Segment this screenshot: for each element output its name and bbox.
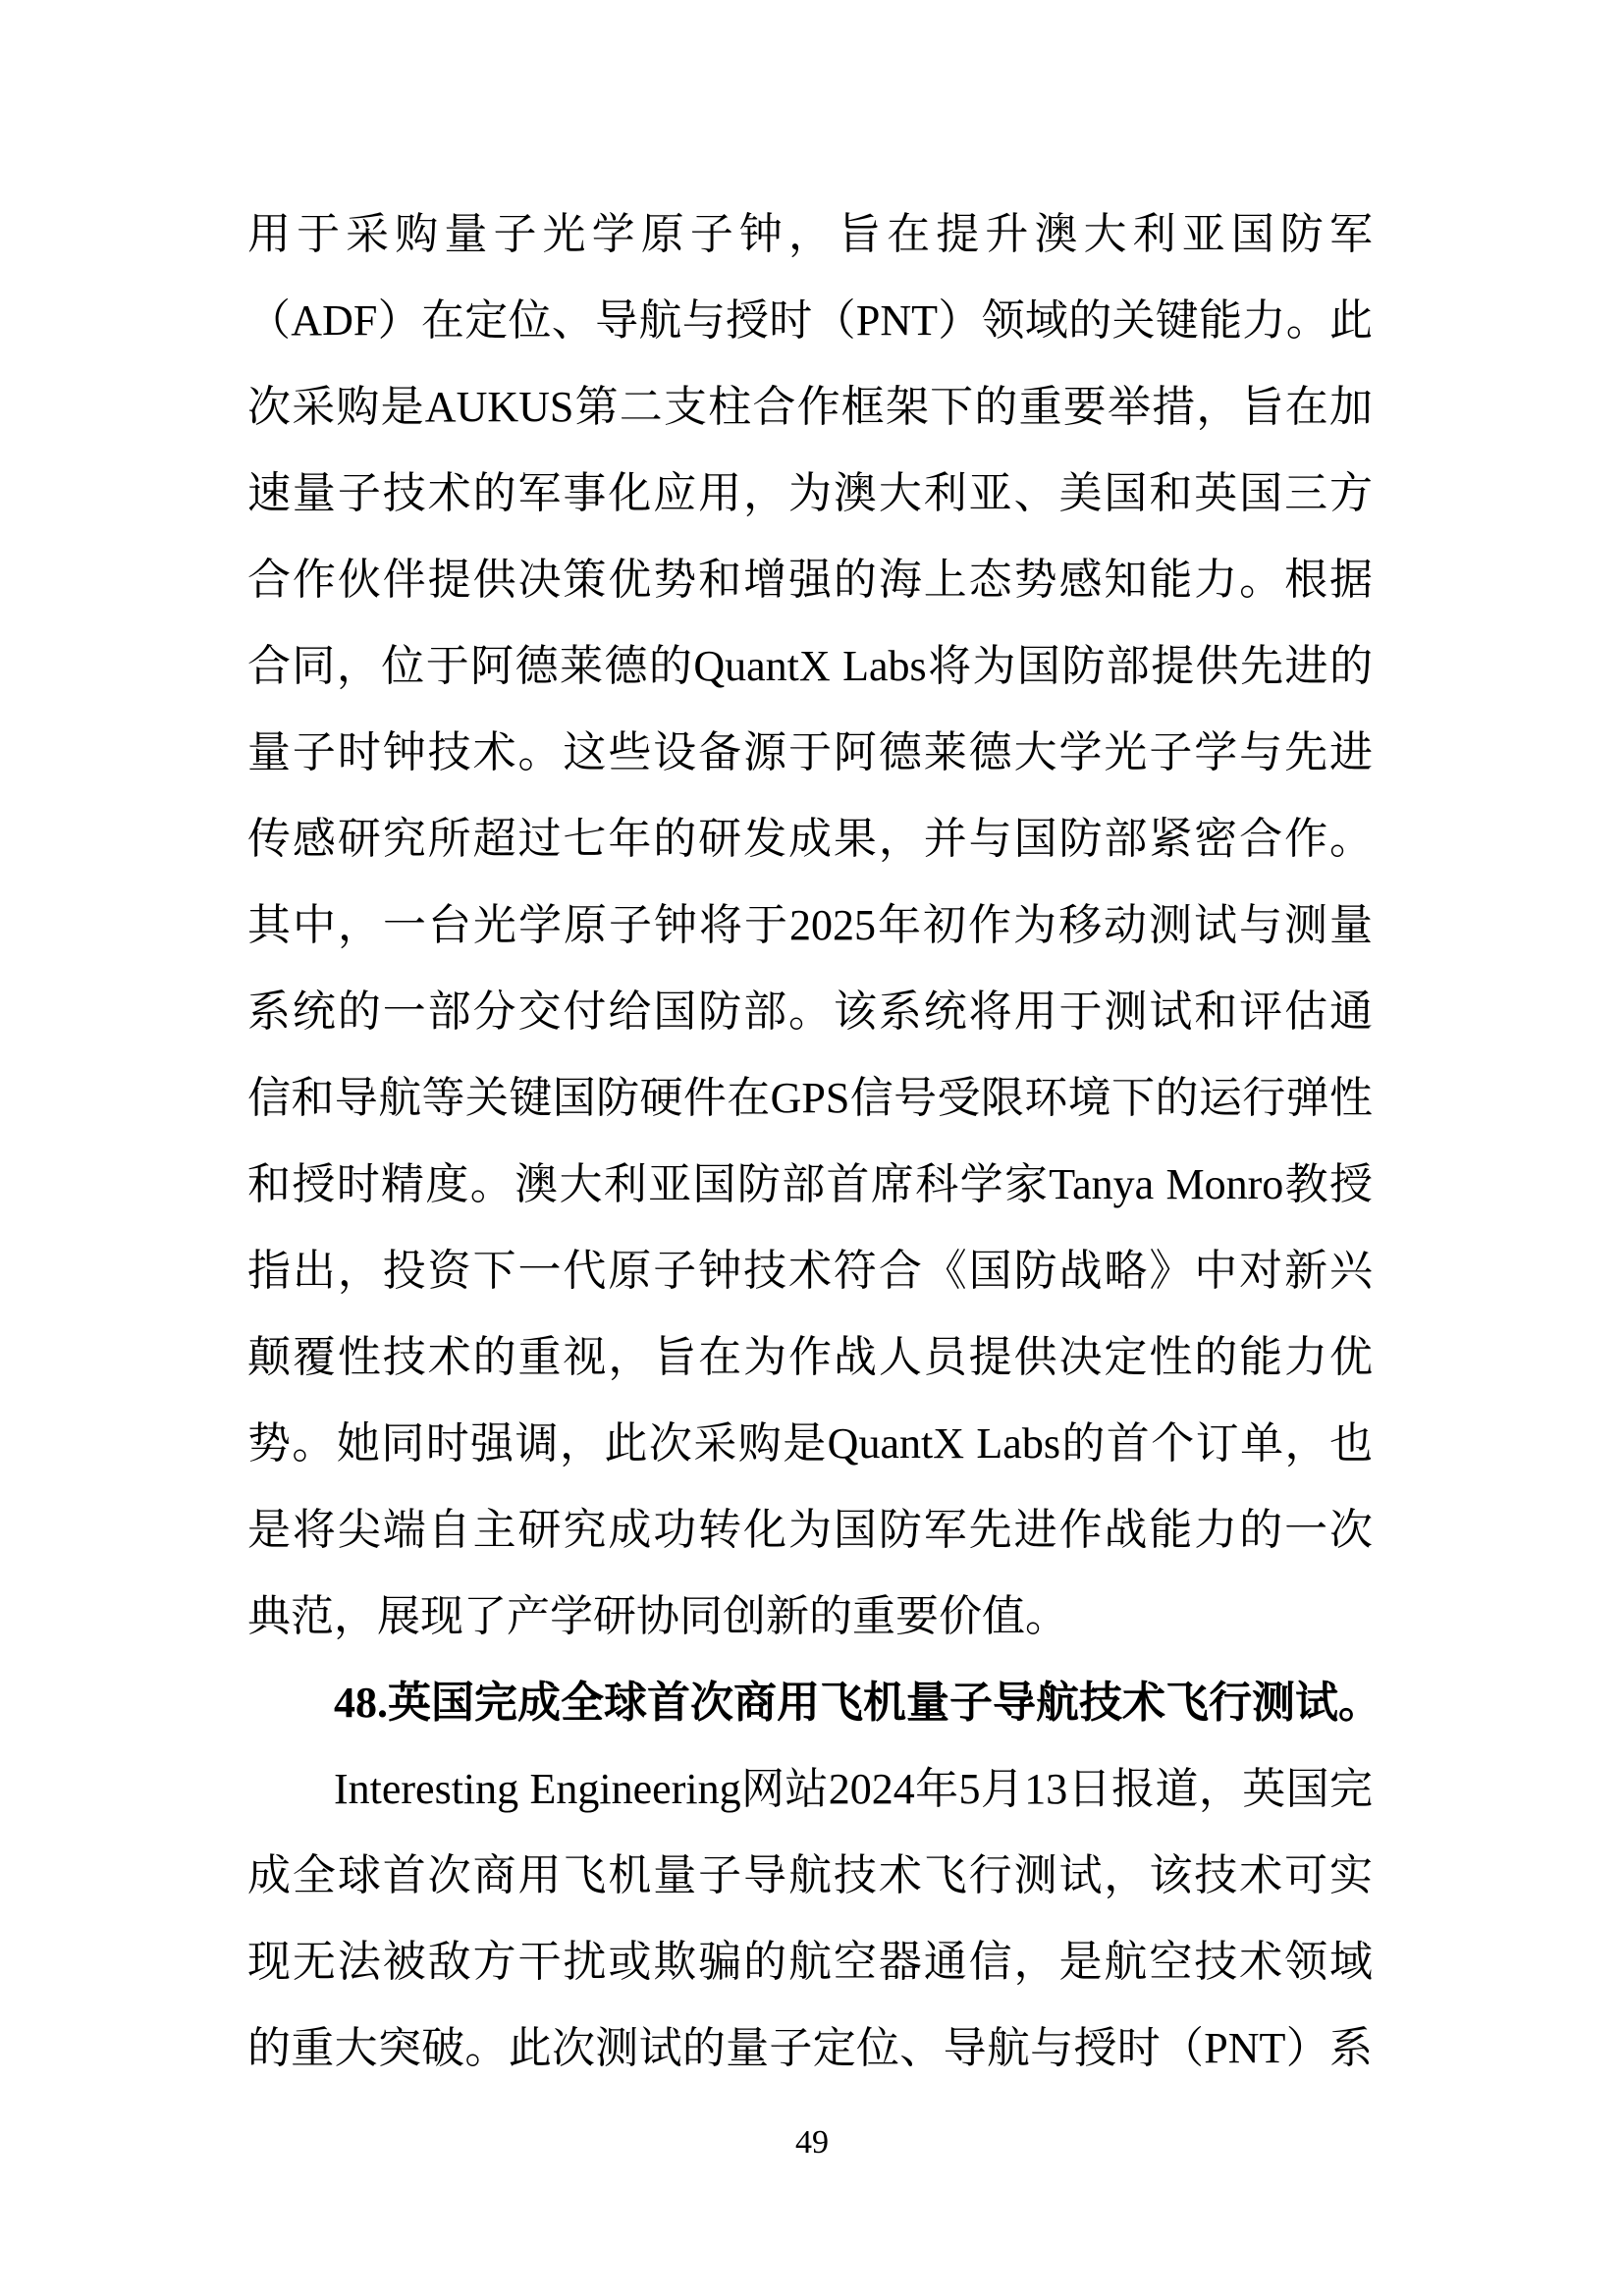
text-line: Interesting Engineering网站2024年5月13日报道，英国… xyxy=(247,1746,1373,1833)
text-line: 的重大突破。此次测试的量子定位、导航与授时（PNT）系 xyxy=(247,2005,1373,2092)
text-line: 速量子技术的军事化应用，为澳大利亚、美国和英国三方 xyxy=(247,451,1373,537)
text-line: 颠覆性技术的重视，旨在为作战人员提供决定性的能力优 xyxy=(247,1314,1373,1401)
text-line: 和授时精度。澳大利亚国防部首席科学家Tanya Monro教授 xyxy=(247,1142,1373,1228)
document-page: 用于采购量子光学原子钟，旨在提升澳大利亚国防军 （ADF）在定位、导航与授时（P… xyxy=(0,0,1624,2296)
text-line: 次采购是AUKUS第二支柱合作框架下的重要举措，旨在加 xyxy=(247,364,1373,451)
text-line: 成全球首次商用飞机量子导航技术飞行测试，该技术可实 xyxy=(247,1833,1373,1919)
text-line: （ADF）在定位、导航与授时（PNT）领域的关键能力。此 xyxy=(247,278,1373,364)
text-line: 传感研究所超过七年的研发成果，并与国防部紧密合作。 xyxy=(247,796,1373,882)
text-block: 用于采购量子光学原子钟，旨在提升澳大利亚国防军 （ADF）在定位、导航与授时（P… xyxy=(247,191,1373,2092)
text-line: 现无法被敌方干扰或欺骗的航空器通信，是航空技术领域 xyxy=(247,1919,1373,2005)
text-line: 用于采购量子光学原子钟，旨在提升澳大利亚国防军 xyxy=(247,191,1373,278)
page-number: 49 xyxy=(0,2123,1624,2163)
text-line: 势。她同时强调，此次采购是QuantX Labs的首个订单，也 xyxy=(247,1401,1373,1487)
text-line: 指出，投资下一代原子钟技术符合《国防战略》中对新兴 xyxy=(247,1228,1373,1314)
text-line: 量子时钟技术。这些设备源于阿德莱德大学光子学与先进 xyxy=(247,710,1373,796)
text-line: 信和导航等关键国防硬件在GPS信号受限环境下的运行弹性 xyxy=(247,1055,1373,1142)
text-line: 其中，一台光学原子钟将于2025年初作为移动测试与测量 xyxy=(247,882,1373,969)
section-heading-48: 48.英国完成全球首次商用飞机量子导航技术飞行测试。 xyxy=(247,1660,1373,1746)
text-line: 合同，位于阿德莱德的QuantX Labs将为国防部提供先进的 xyxy=(247,623,1373,710)
text-line: 合作伙伴提供决策优势和增强的海上态势感知能力。根据 xyxy=(247,537,1373,623)
text-line: 系统的一部分交付给国防部。该系统将用于测试和评估通 xyxy=(247,969,1373,1055)
text-line: 是将尖端自主研究成功转化为国防军先进作战能力的一次 xyxy=(247,1487,1373,1574)
text-line-paragraph-end: 典范，展现了产学研协同创新的重要价值。 xyxy=(247,1574,1373,1660)
